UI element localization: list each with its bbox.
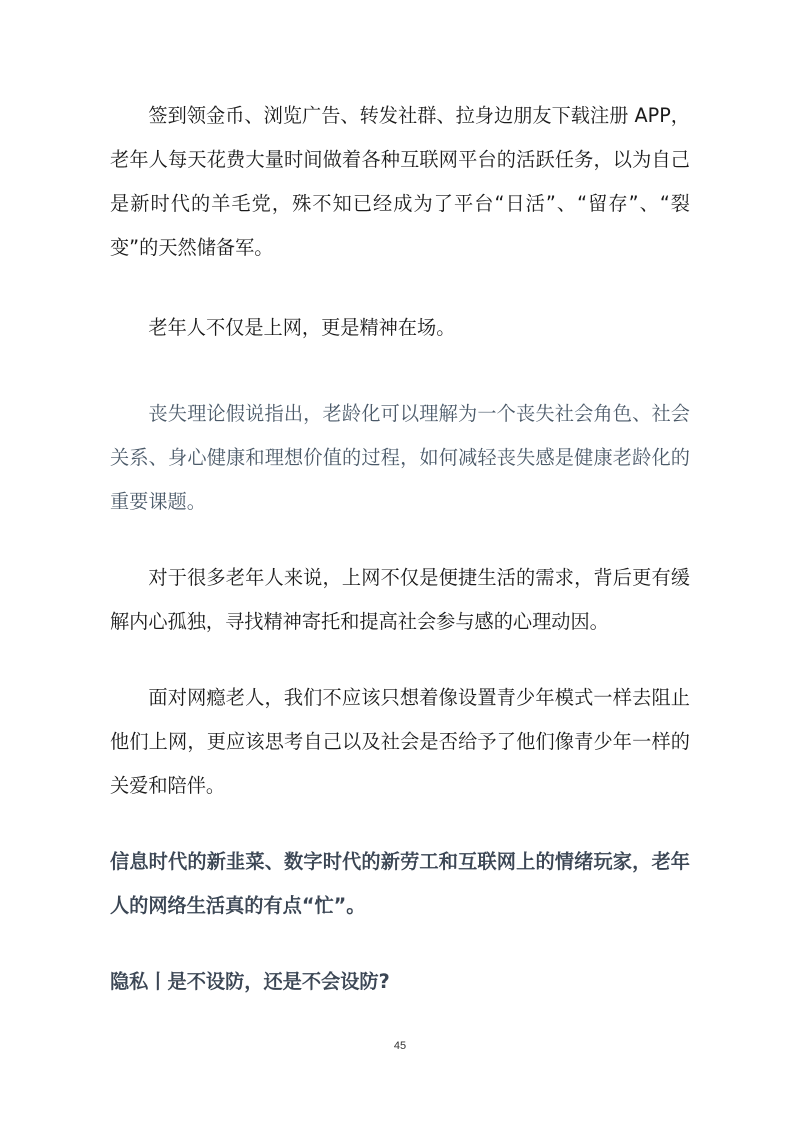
paragraph-psychological-motives: 对于很多老年人来说，上网不仅是便捷生活的需求，背后更有缓解内心孤独，寻找精神寄托…: [110, 556, 690, 644]
document-page: 签到领金币、浏览广告、转发社群、拉身边朋友下载注册 APP，老年人每天花费大量时…: [0, 0, 800, 1131]
paragraph-loss-theory: 丧失理论假说指出，老龄化可以理解为一个丧失社会角色、社会关系、身心健康和理想价值…: [110, 392, 690, 524]
paragraph-spiritual-presence: 老年人不仅是上网，更是精神在场。: [110, 306, 690, 350]
summary-heading: 信息时代的新韭菜、数字时代的新劳工和互联网上的情绪玩家，老年人的网络生活真的有点…: [110, 840, 690, 928]
paragraph-active-tasks: 签到领金币、浏览广告、转发社群、拉身边朋友下载注册 APP，老年人每天花费大量时…: [110, 94, 690, 270]
section-heading-privacy: 隐私丨是不设防，还是不会设防?: [110, 960, 690, 1004]
paragraph-internet-addicted-elderly: 面对网瘾老人，我们不应该只想着像设置青少年模式一样去阻止他们上网，更应该思考自己…: [110, 676, 690, 808]
page-number: 45: [0, 1040, 800, 1052]
